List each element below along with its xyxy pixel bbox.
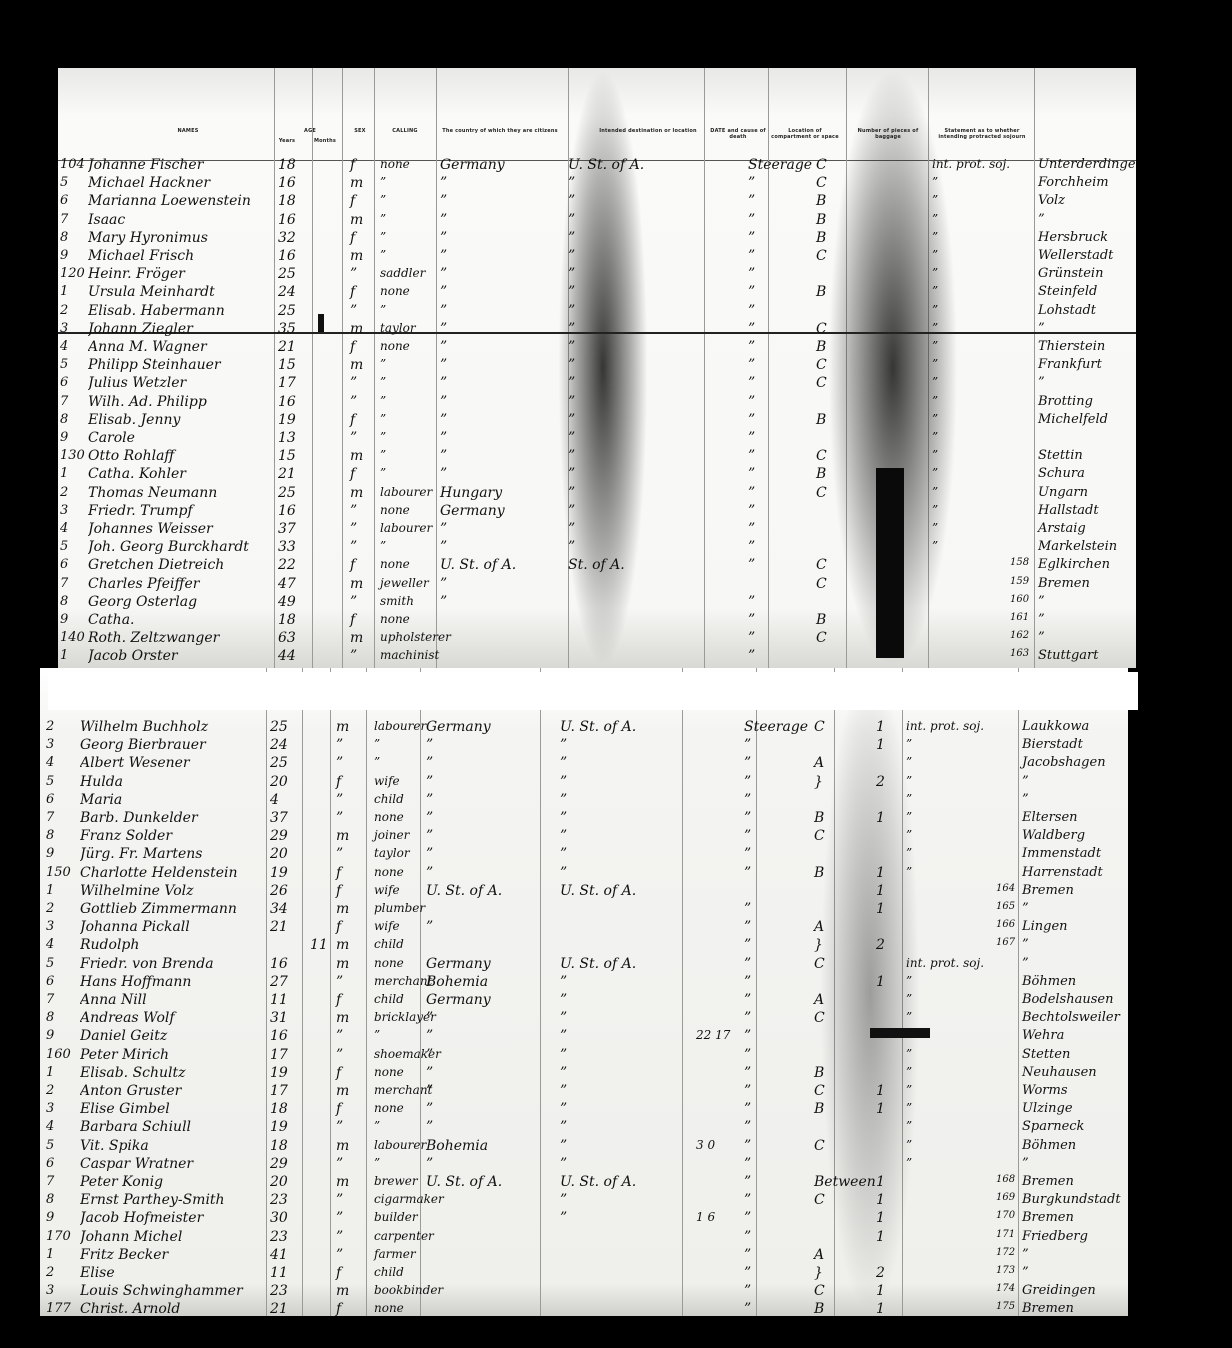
cell-sex: m: [336, 956, 354, 972]
cell-no: 1: [46, 883, 74, 898]
cell-name: Wilhelmine Volz: [80, 883, 270, 899]
cell-age: 19: [270, 1065, 300, 1081]
table-row: 9Jacob Hofmeister30”builder”1 6”1170Brem…: [40, 1209, 1128, 1228]
cell-town: ”: [1022, 792, 1128, 807]
cell-intention: ”: [906, 846, 1006, 860]
cell-intention: ”: [932, 321, 1032, 335]
cell-intention: ”: [906, 1138, 1006, 1152]
cell-age: 30: [270, 1210, 300, 1226]
cell-town: Burgkundstadt: [1022, 1192, 1128, 1207]
cell-destination: ”: [560, 755, 680, 771]
cell-town: ”: [1038, 375, 1136, 390]
cell-sex: f: [336, 1301, 354, 1316]
table-row: 5Friedr. von Brenda16mnoneGermanyU. St. …: [40, 955, 1128, 974]
cell-sex: f: [336, 919, 354, 935]
cell-sex: ”: [350, 648, 368, 664]
cell-town: ”: [1022, 1247, 1128, 1262]
cell-no: 2: [46, 719, 74, 734]
cell-occupation: builder: [374, 1210, 448, 1224]
cell-age: 18: [270, 1101, 300, 1117]
cell-town: Lohstadt: [1038, 303, 1136, 318]
cell-location: ”: [748, 521, 818, 537]
cell-name: Georg Osterlag: [88, 594, 278, 610]
cell-sex: m: [350, 175, 368, 191]
cell-town: Arstaig: [1038, 521, 1136, 536]
cell-no: 9: [60, 612, 88, 627]
cell-pieces: 2: [876, 774, 896, 790]
cell-location: ”: [744, 774, 814, 790]
cell-location: ”: [744, 1010, 814, 1026]
cell-sex: f: [336, 1265, 354, 1281]
cell-no: 1: [46, 1247, 74, 1262]
cell-sex: m: [350, 212, 368, 228]
cell-destination: ”: [560, 1047, 680, 1063]
cell-intention: int. prot. soj.: [932, 157, 1032, 171]
cell-compartment: B: [816, 193, 836, 209]
table-row: 104Johanne Fischer18fnoneGermanyU. St. o…: [58, 156, 1136, 175]
cell-num: 163: [1010, 648, 1040, 659]
cell-destination: ”: [560, 1192, 680, 1208]
cell-no: 140: [60, 630, 88, 645]
table-row: 4Barbara Schiull19””””””Sparneck: [40, 1118, 1128, 1137]
cell-age: 16: [270, 1028, 300, 1044]
cell-compartment: }: [814, 1265, 834, 1281]
cell-sex: f: [350, 612, 368, 628]
cell-sex: m: [336, 1174, 354, 1190]
cell-location: ”: [748, 594, 818, 610]
cell-intention: ”: [932, 230, 1032, 244]
cell-compartment: C: [814, 1138, 834, 1154]
cell-no: 7: [60, 212, 88, 227]
cell-no: 5: [46, 956, 74, 971]
cell-sex: ”: [336, 1229, 354, 1245]
cell-town: ”: [1038, 321, 1136, 336]
cell-name: Elisab. Schultz: [80, 1065, 270, 1081]
cell-no: 3: [46, 1283, 74, 1298]
cell-no: 6: [60, 193, 88, 208]
cell-compartment: B: [814, 1101, 834, 1117]
cell-location: ”: [748, 230, 818, 246]
cell-sex: ”: [336, 974, 354, 990]
cell-no: 1: [60, 466, 88, 481]
cell-occupation: plumber: [374, 901, 448, 915]
cell-destination: ”: [560, 1210, 680, 1226]
cell-sex: ”: [336, 846, 354, 862]
cell-destination: U. St. of A.: [560, 719, 680, 735]
cell-age: 16: [278, 503, 308, 519]
cell-age: 26: [270, 883, 300, 899]
cell-destination: ”: [560, 1065, 680, 1081]
cell-location: ”: [744, 919, 814, 935]
cell-sex: ”: [336, 1028, 354, 1044]
cell-age: 25: [278, 485, 308, 501]
cell-no: 130: [60, 448, 88, 463]
cell-age: 21: [278, 339, 308, 355]
cell-name: Mary Hyronimus: [88, 230, 278, 246]
cell-destination: ”: [560, 974, 680, 990]
cell-country: ”: [426, 846, 526, 862]
cell-town: ”: [1038, 630, 1136, 645]
cell-name: Peter Mirich: [80, 1047, 270, 1063]
cell-town: Wehra: [1022, 1028, 1128, 1043]
cell-age: 19: [278, 412, 308, 428]
cell-compartment: B: [814, 1065, 834, 1081]
cell-country: ”: [440, 357, 540, 373]
cell-no: 7: [46, 1174, 74, 1189]
cell-compartment: C: [816, 175, 836, 191]
table-row: 4Albert Wesener25”””””A”Jacobshagen: [40, 754, 1128, 773]
cell-location: ”: [744, 937, 814, 953]
cell-location: ”: [748, 430, 818, 446]
cell-location: ”: [744, 1265, 814, 1281]
cell-destination: ”: [568, 448, 688, 464]
table-row: 7Wilh. Ad. Philipp16””””””Brotting: [58, 393, 1136, 412]
cell-age: 25: [278, 303, 308, 319]
cell-location: ”: [748, 212, 818, 228]
cell-town: Neuhausen: [1022, 1065, 1128, 1080]
cell-pieces: 1: [876, 883, 896, 899]
cell-compartment: C: [814, 1083, 834, 1099]
table-row: 4Anna M. Wagner21fnone”””B”Thierstein: [58, 338, 1136, 357]
table-row: 5Philipp Steinhauer15m””””C”Frankfurt: [58, 356, 1136, 375]
cell-pieces: 1: [876, 1083, 896, 1099]
cell-country: ”: [440, 266, 540, 282]
cell-destination: ”: [568, 375, 688, 391]
cell-compartment: C: [814, 1192, 834, 1208]
cell-sex: m: [350, 630, 368, 646]
cell-location: ”: [748, 539, 818, 555]
cell-sex: ”: [350, 521, 368, 537]
cell-no: 8: [60, 594, 88, 609]
cell-no: 4: [60, 521, 88, 536]
cell-compartment: B: [814, 810, 834, 826]
table-row: 2Thomas Neumann25mlabourerHungary””C”Ung…: [58, 484, 1136, 503]
cell-age: 44: [278, 648, 308, 664]
cell-sex: ”: [336, 1047, 354, 1063]
cell-name: Charles Pfeiffer: [88, 576, 278, 592]
table-row: 9Carole13””””””: [58, 429, 1136, 448]
cell-compartment: }: [814, 937, 834, 953]
cell-pieces: 2: [876, 937, 896, 953]
cell-occupation: none: [374, 1301, 448, 1315]
cell-no: 9: [46, 1210, 74, 1225]
cell-intention: int. prot. soj.: [906, 719, 1006, 733]
cell-destination: ”: [568, 485, 688, 501]
cell-name: Catha.: [88, 612, 278, 628]
cell-age: 22: [278, 557, 308, 573]
cell-sex: ”: [336, 810, 354, 826]
cell-location: ”: [748, 612, 818, 628]
cell-location: ”: [744, 1028, 814, 1044]
cell-location: ”: [748, 466, 818, 482]
cell-name: Fritz Becker: [80, 1247, 270, 1263]
cell-destination: ”: [560, 865, 680, 881]
cell-age: 16: [278, 212, 308, 228]
table-row: 6Caspar Wratner29”””””””: [40, 1155, 1128, 1174]
cell-intention: ”: [906, 737, 1006, 751]
cell-name: Julius Wetzler: [88, 375, 278, 391]
cell-intention: ”: [906, 810, 1006, 824]
cell-destination: ”: [568, 303, 688, 319]
cell-town: Thierstein: [1038, 339, 1136, 354]
cell-town: ”: [1022, 1265, 1128, 1280]
cell-name: Maria: [80, 792, 270, 808]
cell-no: 4: [60, 339, 88, 354]
header-baggage: Number of pieces of baggage: [848, 128, 928, 140]
cell-country: ”: [426, 1119, 526, 1135]
cell-age: 20: [270, 1174, 300, 1190]
cell-sex: m: [336, 1283, 354, 1299]
cell-country: Hungary: [440, 485, 540, 501]
cell-name: Johann Michel: [80, 1229, 270, 1245]
cell-name: Franz Solder: [80, 828, 270, 844]
cell-sex: m: [350, 576, 368, 592]
cell-location: ”: [744, 1192, 814, 1208]
cell-compartment: C: [816, 157, 836, 173]
cell-intention: ”: [906, 974, 1006, 988]
cell-num: 162: [1010, 630, 1040, 641]
table-row: 9Catha.18fnone”B161”: [58, 611, 1136, 630]
cell-country: ”: [426, 792, 526, 808]
cell-pieces: 1: [876, 974, 896, 990]
table-row: 8Andreas Wolf31mbricklayer”””C”Bechtolsw…: [40, 1009, 1128, 1028]
cell-age: 18: [278, 157, 308, 173]
cell-no: 9: [46, 1028, 74, 1043]
table-row: 8Ernst Parthey-Smith23”cigarmaker””C1169…: [40, 1191, 1128, 1210]
cell-intention: ”: [932, 539, 1032, 553]
cell-no: 9: [46, 846, 74, 861]
cell-sex: f: [350, 339, 368, 355]
cell-sex: ”: [350, 594, 368, 610]
cell-age: 21: [278, 466, 308, 482]
cell-age: 18: [278, 612, 308, 628]
cell-sex: ”: [336, 1210, 354, 1226]
cell-name: Rudolph: [80, 937, 270, 953]
cell-country: ”: [440, 375, 540, 391]
cell-name: Barbara Schiull: [80, 1119, 270, 1135]
table-row: 6Marianna Loewenstein18f””””B”Volz: [58, 192, 1136, 211]
cell-age: 15: [278, 357, 308, 373]
cell-intention: ”: [932, 266, 1032, 280]
cell-no: 120: [60, 266, 88, 281]
cell-location: ”: [748, 303, 818, 319]
cell-destination: ”: [560, 1083, 680, 1099]
cell-compartment: C: [816, 630, 836, 646]
cell-sex: f: [350, 193, 368, 209]
cell-destination: ”: [568, 193, 688, 209]
cell-sex: ”: [336, 737, 354, 753]
cell-name: Daniel Geitz: [80, 1028, 270, 1044]
cell-country: ”: [426, 919, 526, 935]
cell-destination: ”: [568, 266, 688, 282]
cell-destination: ”: [560, 774, 680, 790]
cell-pieces: 2: [876, 1265, 896, 1281]
cell-country: ”: [440, 284, 540, 300]
cell-destination: ”: [568, 412, 688, 428]
cell-name: Friedr. Trumpf: [88, 503, 278, 519]
cell-sex: ”: [336, 1119, 354, 1135]
cell-location: ”: [744, 865, 814, 881]
cell-age: 33: [278, 539, 308, 555]
cell-compartment: A: [814, 992, 834, 1008]
cell-age: 20: [270, 846, 300, 862]
cell-town: Brotting: [1038, 394, 1136, 409]
cell-location: ”: [748, 339, 818, 355]
cell-pieces: 1: [876, 865, 896, 881]
cell-name: Johannes Weisser: [88, 521, 278, 537]
cell-name: Charlotte Heldenstein: [80, 865, 270, 881]
cell-country: ”: [440, 539, 540, 555]
cell-age: 29: [270, 828, 300, 844]
table-row: 160Peter Mirich17”shoemaker””””Stetten: [40, 1046, 1128, 1065]
table-row: 130Otto Rohlaff15m””””C”Stettin: [58, 447, 1136, 466]
cell-no: 8: [46, 1010, 74, 1025]
cell-destination: ”: [568, 430, 688, 446]
cell-pieces: 1: [876, 1283, 896, 1299]
table-row: 4Rudolph11mchild”}2167”: [40, 936, 1128, 955]
table-row: 4Johannes Weisser37”labourer””””Arstaig: [58, 520, 1136, 539]
cell-pieces: 1: [876, 810, 896, 826]
cell-no: 8: [46, 1192, 74, 1207]
table-row: 1Wilhelmine Volz26fwifeU. St. of A.U. St…: [40, 882, 1128, 901]
cell-name: Jacob Orster: [88, 648, 278, 664]
cell-pieces: 1: [876, 1301, 896, 1316]
cell-country: ”: [440, 412, 540, 428]
table-row: 3Georg Bierbrauer24”””””1”Bierstadt: [40, 736, 1128, 755]
cell-country: ”: [426, 1065, 526, 1081]
header-country: The country of which they are citizens: [440, 128, 560, 134]
cell-country: ”: [426, 1028, 526, 1044]
cell-country: Germany: [426, 719, 526, 735]
cell-no: 5: [46, 774, 74, 789]
cell-country: ”: [426, 755, 526, 771]
cell-sex: m: [336, 719, 354, 735]
cell-sex: f: [350, 157, 368, 173]
cell-name: Johanne Fischer: [88, 157, 278, 173]
cell-num: 160: [1010, 594, 1040, 605]
table-row: 170Johann Michel23”carpenter”1171Friedbe…: [40, 1228, 1128, 1247]
cell-sex: ”: [350, 503, 368, 519]
cell-age: 34: [270, 901, 300, 917]
cell-country: U. St. of A.: [426, 1174, 526, 1190]
cell-pieces: 1: [876, 1101, 896, 1117]
cell-name: Vit. Spika: [80, 1138, 270, 1154]
cell-age: 17: [278, 375, 308, 391]
cell-compartment: B: [816, 230, 836, 246]
cell-sex: ”: [336, 1156, 354, 1172]
cell-location: ”: [748, 357, 818, 373]
cell-country: ”: [426, 865, 526, 881]
cell-destination: ”: [560, 810, 680, 826]
cell-town: Immenstadt: [1022, 846, 1128, 861]
cell-age: 23: [270, 1229, 300, 1245]
cell-destination: ”: [560, 1156, 680, 1172]
cell-intention: ”: [932, 430, 1032, 444]
table-row: 5Vit. Spika18mlabourerBohemia”3 0”C”Böhm…: [40, 1137, 1128, 1156]
cell-location: ”: [748, 503, 818, 519]
cell-name: Barb. Dunkelder: [80, 810, 270, 826]
cell-location: ”: [744, 1047, 814, 1063]
cell-no: 9: [60, 248, 88, 263]
cell-location: ”: [744, 755, 814, 771]
cell-age: 41: [270, 1247, 300, 1263]
cell-no: 6: [60, 375, 88, 390]
cell-compartment: C: [816, 557, 836, 573]
cell-no: 1: [60, 648, 88, 663]
cell-destination: ”: [568, 230, 688, 246]
cell-no: 3: [60, 503, 88, 518]
table-row: 2Elise11fchild”}2173”: [40, 1264, 1128, 1283]
cell-compartment: A: [814, 755, 834, 771]
cell-compartment: C: [816, 375, 836, 391]
cell-town: Bodelshausen: [1022, 992, 1128, 1007]
table-row: 5Michael Hackner16m””””C”Forchheim: [58, 174, 1136, 193]
cell-location: ”: [748, 648, 818, 664]
cell-age: 35: [278, 321, 308, 337]
cell-intention: ”: [932, 503, 1032, 517]
cell-country: ”: [426, 1047, 526, 1063]
cell-compartment: C: [816, 248, 836, 264]
column-headers: NAMES AGE Years Months SEX CALLING The c…: [58, 120, 1136, 161]
cell-sex: f: [350, 230, 368, 246]
cell-country: ”: [426, 828, 526, 844]
cell-age: 16: [278, 394, 308, 410]
cell-compartment: C: [814, 1010, 834, 1026]
cell-location: ”: [744, 974, 814, 990]
cell-occupation: cigarmaker: [374, 1192, 448, 1206]
cell-no: 1: [46, 1065, 74, 1080]
cell-occupation: farmer: [374, 1247, 448, 1261]
cell-country: Germany: [426, 956, 526, 972]
cell-location: ”: [744, 1156, 814, 1172]
cell-destination: ”: [568, 321, 688, 337]
cell-age: 37: [270, 810, 300, 826]
cell-sex: m: [350, 485, 368, 501]
cell-compartment: }: [814, 774, 834, 790]
cell-no: 150: [46, 865, 74, 880]
cell-compartment: C: [816, 576, 836, 592]
cell-no: 5: [60, 539, 88, 554]
cell-town: Frankfurt: [1038, 357, 1136, 372]
cell-town: Laukkowa: [1022, 719, 1128, 734]
cell-compartment: B: [816, 339, 836, 355]
cell-sex: f: [336, 883, 354, 899]
manifest-page-bottom: 2Wilhelm Buchholz25mlabourerGermanyU. St…: [40, 668, 1128, 1316]
table-row: 3Louis Schwinghammer23mbookbinder”C1174G…: [40, 1282, 1128, 1301]
cell-age: 21: [270, 919, 300, 935]
cell-no: 3: [46, 737, 74, 752]
cell-age: 19: [270, 1119, 300, 1135]
cell-town: Worms: [1022, 1083, 1128, 1098]
cell-name: Michael Hackner: [88, 175, 278, 191]
cell-country: ”: [440, 466, 540, 482]
table-row: 1Elisab. Schultz19fnone”””B”Neuhausen: [40, 1064, 1128, 1083]
cell-destination: ”: [568, 339, 688, 355]
cell-no: 4: [46, 937, 74, 952]
cell-pieces: 1: [876, 1210, 896, 1226]
table-row: 3Johann Ziegler35mtaylor”””C””: [58, 320, 1136, 339]
cell-country: ”: [440, 394, 540, 410]
cell-pieces: 1: [876, 1174, 896, 1190]
cell-intention: ”: [906, 1028, 1006, 1042]
cell-occupation: none: [380, 612, 454, 626]
cell-town: Unterderdingen: [1038, 157, 1136, 172]
cell-town: Bremen: [1022, 1210, 1128, 1225]
cell-name: Elisab. Habermann: [88, 303, 278, 319]
cell-sex: ”: [350, 303, 368, 319]
cell-country: Germany: [440, 157, 540, 173]
cell-age: 23: [270, 1283, 300, 1299]
